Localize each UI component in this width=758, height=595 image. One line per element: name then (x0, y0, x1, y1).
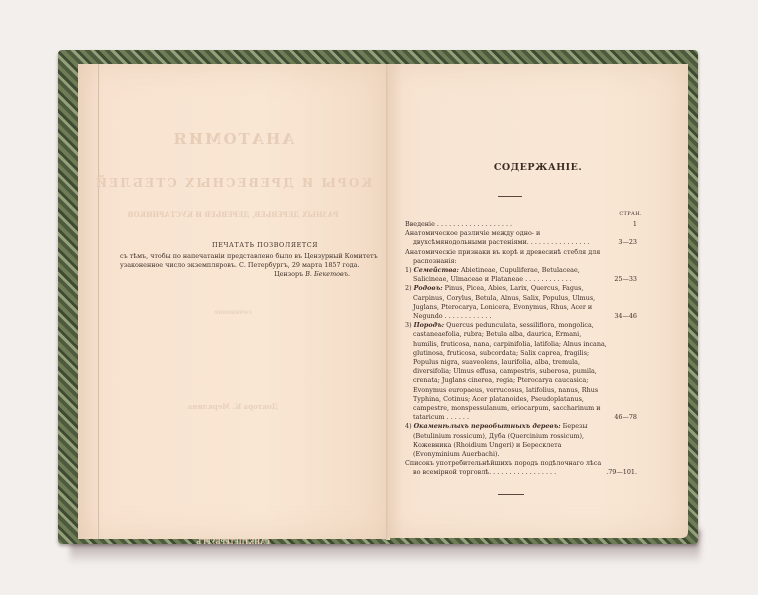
entry-page: 34—46 (622, 312, 637, 321)
censor-line-1: съ тѣмъ, чтобы по напечатаніи представле… (120, 252, 380, 261)
entry-text: Анатомическіе признаки въ корѣ и древеси… (405, 248, 600, 265)
entry-page: 1 (633, 220, 637, 229)
left-page: АНАТОМИЯ КОРЫ И ДРЕВЕСНЫХ СТЕБЛЕЙ РАЗНЫХ… (78, 64, 388, 539)
entry-text: Анатомическое различіе между одно- и дву… (405, 229, 590, 246)
bleed-through-subtitle: КОРЫ И ДРЕВЕСНЫХ СТЕБЛЕЙ (78, 176, 388, 190)
entry-text: Quercus pedunculata, sessiliflora, mongo… (413, 321, 607, 421)
divider-rule (498, 196, 522, 197)
entry-page: 3—23 (626, 238, 637, 247)
entry-lead: Родовъ: (414, 284, 443, 292)
right-page: СОДЕРЖАНІЕ. СТРАН. Введеніе . . . . . . … (388, 64, 688, 538)
entry-text: Введеніе . . . . . . . . . . . . . . . .… (405, 220, 512, 228)
bleed-through-line: РАЗНЫХ ДЕРЕВЬЕВ, ДЕРЕВЬЕВ И КУСТАРНИКОВ (78, 210, 388, 219)
toc-entry: 3) Породъ: Quercus pedunculata, sessilif… (405, 321, 637, 422)
toc-entry: Списокъ употребительнѣйшихъ породъ подѣл… (405, 459, 637, 477)
table-of-contents: СОДЕРЖАНІЕ. СТРАН. Введеніе . . . . . . … (388, 64, 688, 538)
pages-column-label: СТРАН. (619, 211, 642, 217)
signature-prefix: Цензоръ (274, 270, 303, 278)
toc-entry: Анатомическое различіе между одно- и дву… (405, 229, 637, 247)
entry-number: 2) (405, 284, 412, 292)
bleed-through-line: сочинение (78, 309, 388, 316)
toc-title: СОДЕРЖАНІЕ. (388, 162, 688, 173)
toc-entry: 2) Родовъ: Pinus, Picea, Abies, Larix, Q… (405, 284, 637, 321)
bleed-through-title: АНАТОМИЯ (78, 130, 388, 148)
bleed-through-author: Доктора К. Мерклина (78, 402, 388, 411)
entry-number: 1) (405, 266, 412, 274)
toc-entry: 1) Семейства: Abietineae, Cupuliferae, B… (405, 266, 637, 284)
censor-heading: ПЕЧАТАТЬ ПОЗВОЛЯЕТСЯ (150, 241, 380, 250)
toc-entry: Введеніе . . . . . . . . . . . . . . . .… (405, 220, 637, 229)
entry-lead: Породъ: (414, 321, 444, 329)
censor-signature: Цензоръ В. Бекетовъ. (120, 270, 350, 279)
censor-approval: ПЕЧАТАТЬ ПОЗВОЛЯЕТСЯ съ тѣмъ, чтобы по н… (120, 241, 380, 279)
divider-rule (498, 494, 524, 495)
censor-line-2: узаконенное число экземпляровъ. С. Петер… (120, 261, 380, 270)
signature-name: В. Бекетовъ. (305, 270, 350, 278)
entry-page: 46—78 (622, 413, 637, 422)
toc-entry: 4) Окаменѣлыхъ первобытныхъ деревъ: Бере… (405, 422, 637, 459)
entry-lead: Семейства: (414, 266, 459, 274)
entry-number: 3) (405, 321, 412, 329)
entry-number: 4) (405, 422, 412, 430)
entry-lead: Окаменѣлыхъ первобытныхъ деревъ: (414, 422, 561, 430)
toc-entry: Анатомическіе признаки въ корѣ и древеси… (405, 248, 637, 266)
toc-entries: Введеніе . . . . . . . . . . . . . . . .… (405, 220, 637, 478)
bleed-through-imprint: САНКТПЕТЕРБУРГЪ (78, 539, 388, 546)
entry-page: .79—101. (614, 468, 637, 477)
entry-text: Списокъ употребительнѣйшихъ породъ подѣл… (405, 459, 601, 476)
entry-page: 25—33 (622, 275, 637, 284)
